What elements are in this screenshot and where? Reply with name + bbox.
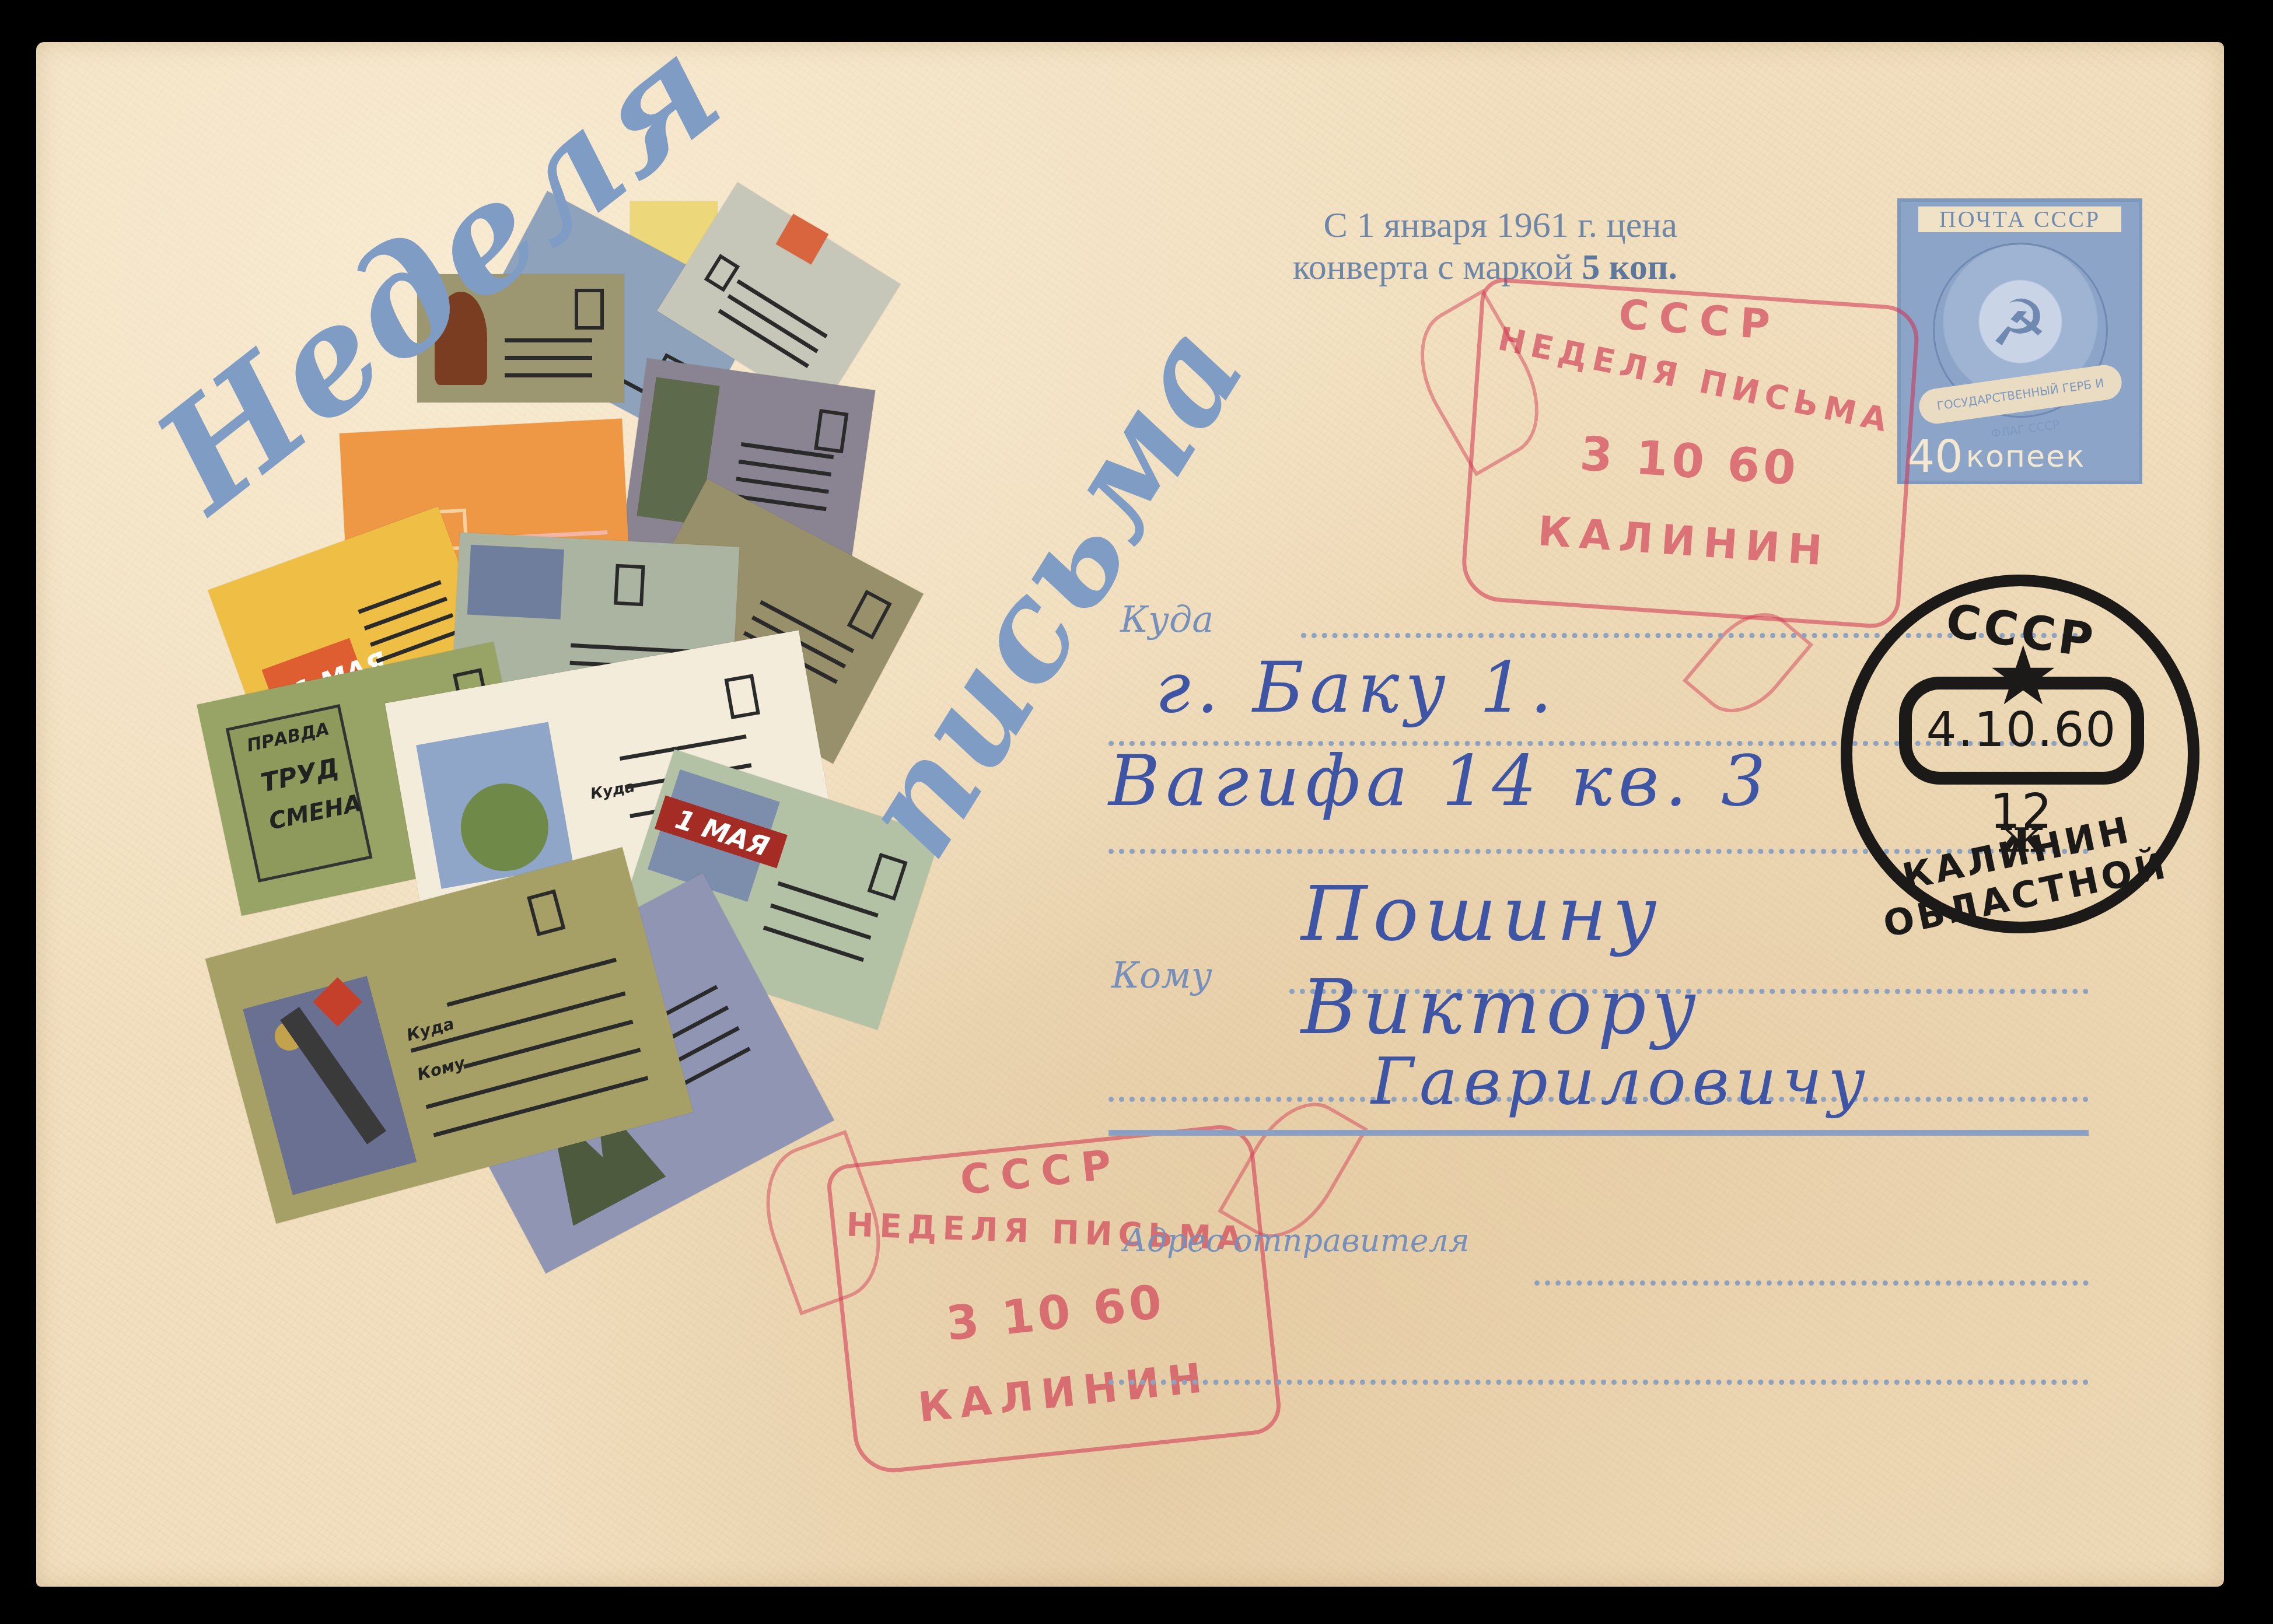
red-cachet-date: 3 10 60 xyxy=(844,1263,1268,1361)
price-note-line-1: С 1 января 1961 г. цена xyxy=(1187,204,1677,246)
handwritten-surname: Пошину xyxy=(1301,869,1663,958)
sender-line-2 xyxy=(1108,1380,2089,1385)
postmark-date: 4.10.60 12 xyxy=(1899,677,2144,785)
sender-label: Адрес отправителя xyxy=(1123,1222,1470,1259)
price-note-price: 5 коп. xyxy=(1582,247,1677,287)
red-cachet-city: КАЛИНИН xyxy=(1467,502,1901,580)
hammer-sickle-icon: ☭ xyxy=(1990,291,2048,355)
to-label: Куда xyxy=(1120,598,1214,640)
stamp-value-unit: копеек xyxy=(1966,439,2086,474)
handwritten-city: г. Баку 1. xyxy=(1155,647,1558,729)
handwritten-patronymic: Гавриловичу xyxy=(1371,1044,1871,1119)
whom-label: Кому xyxy=(1111,954,1212,996)
postage-stamp: ПОЧТА СССР ☭ ГОСУДАРСТВЕННЫЙ ГЕРБ И ФЛАГ… xyxy=(1897,198,2142,484)
illustration-white-kuda: Куда xyxy=(589,778,637,803)
red-cachet-top: СССР НЕДЕЛЯ ПИСЬМА 3 10 60 КАЛИНИН xyxy=(1460,276,1921,629)
handwritten-street: Вагифа 14 кв. 3 xyxy=(1108,741,1771,822)
red-cachet-bottom: СССР НЕДЕЛЯ ПИСЬМА 3 10 60 КАЛИНИН xyxy=(825,1122,1284,1476)
sender-line-1 xyxy=(1534,1280,2089,1286)
handwritten-first-name: Виктору xyxy=(1301,963,1702,1051)
illustration-rocket-komu: Кому xyxy=(415,1053,467,1084)
price-note: С 1 января 1961 г. цена конверта с марко… xyxy=(1187,204,1677,288)
address-divider xyxy=(1108,1130,2089,1136)
red-cachet-date: 3 10 60 xyxy=(1473,419,1907,503)
stamp-value-number: 40 xyxy=(1907,430,1963,482)
stamp-header: ПОЧТА СССР xyxy=(1918,206,2121,232)
red-cachet-city: КАЛИНИН xyxy=(853,1347,1276,1438)
price-note-line-2: конверта с маркой 5 коп. xyxy=(1187,246,1677,288)
postmark: СССР ★ 4.10.60 12 ж КАЛИНИН ОБЛАСТНОЙ xyxy=(1841,575,2199,933)
stamp-value: 40 копеек xyxy=(1907,435,2134,478)
